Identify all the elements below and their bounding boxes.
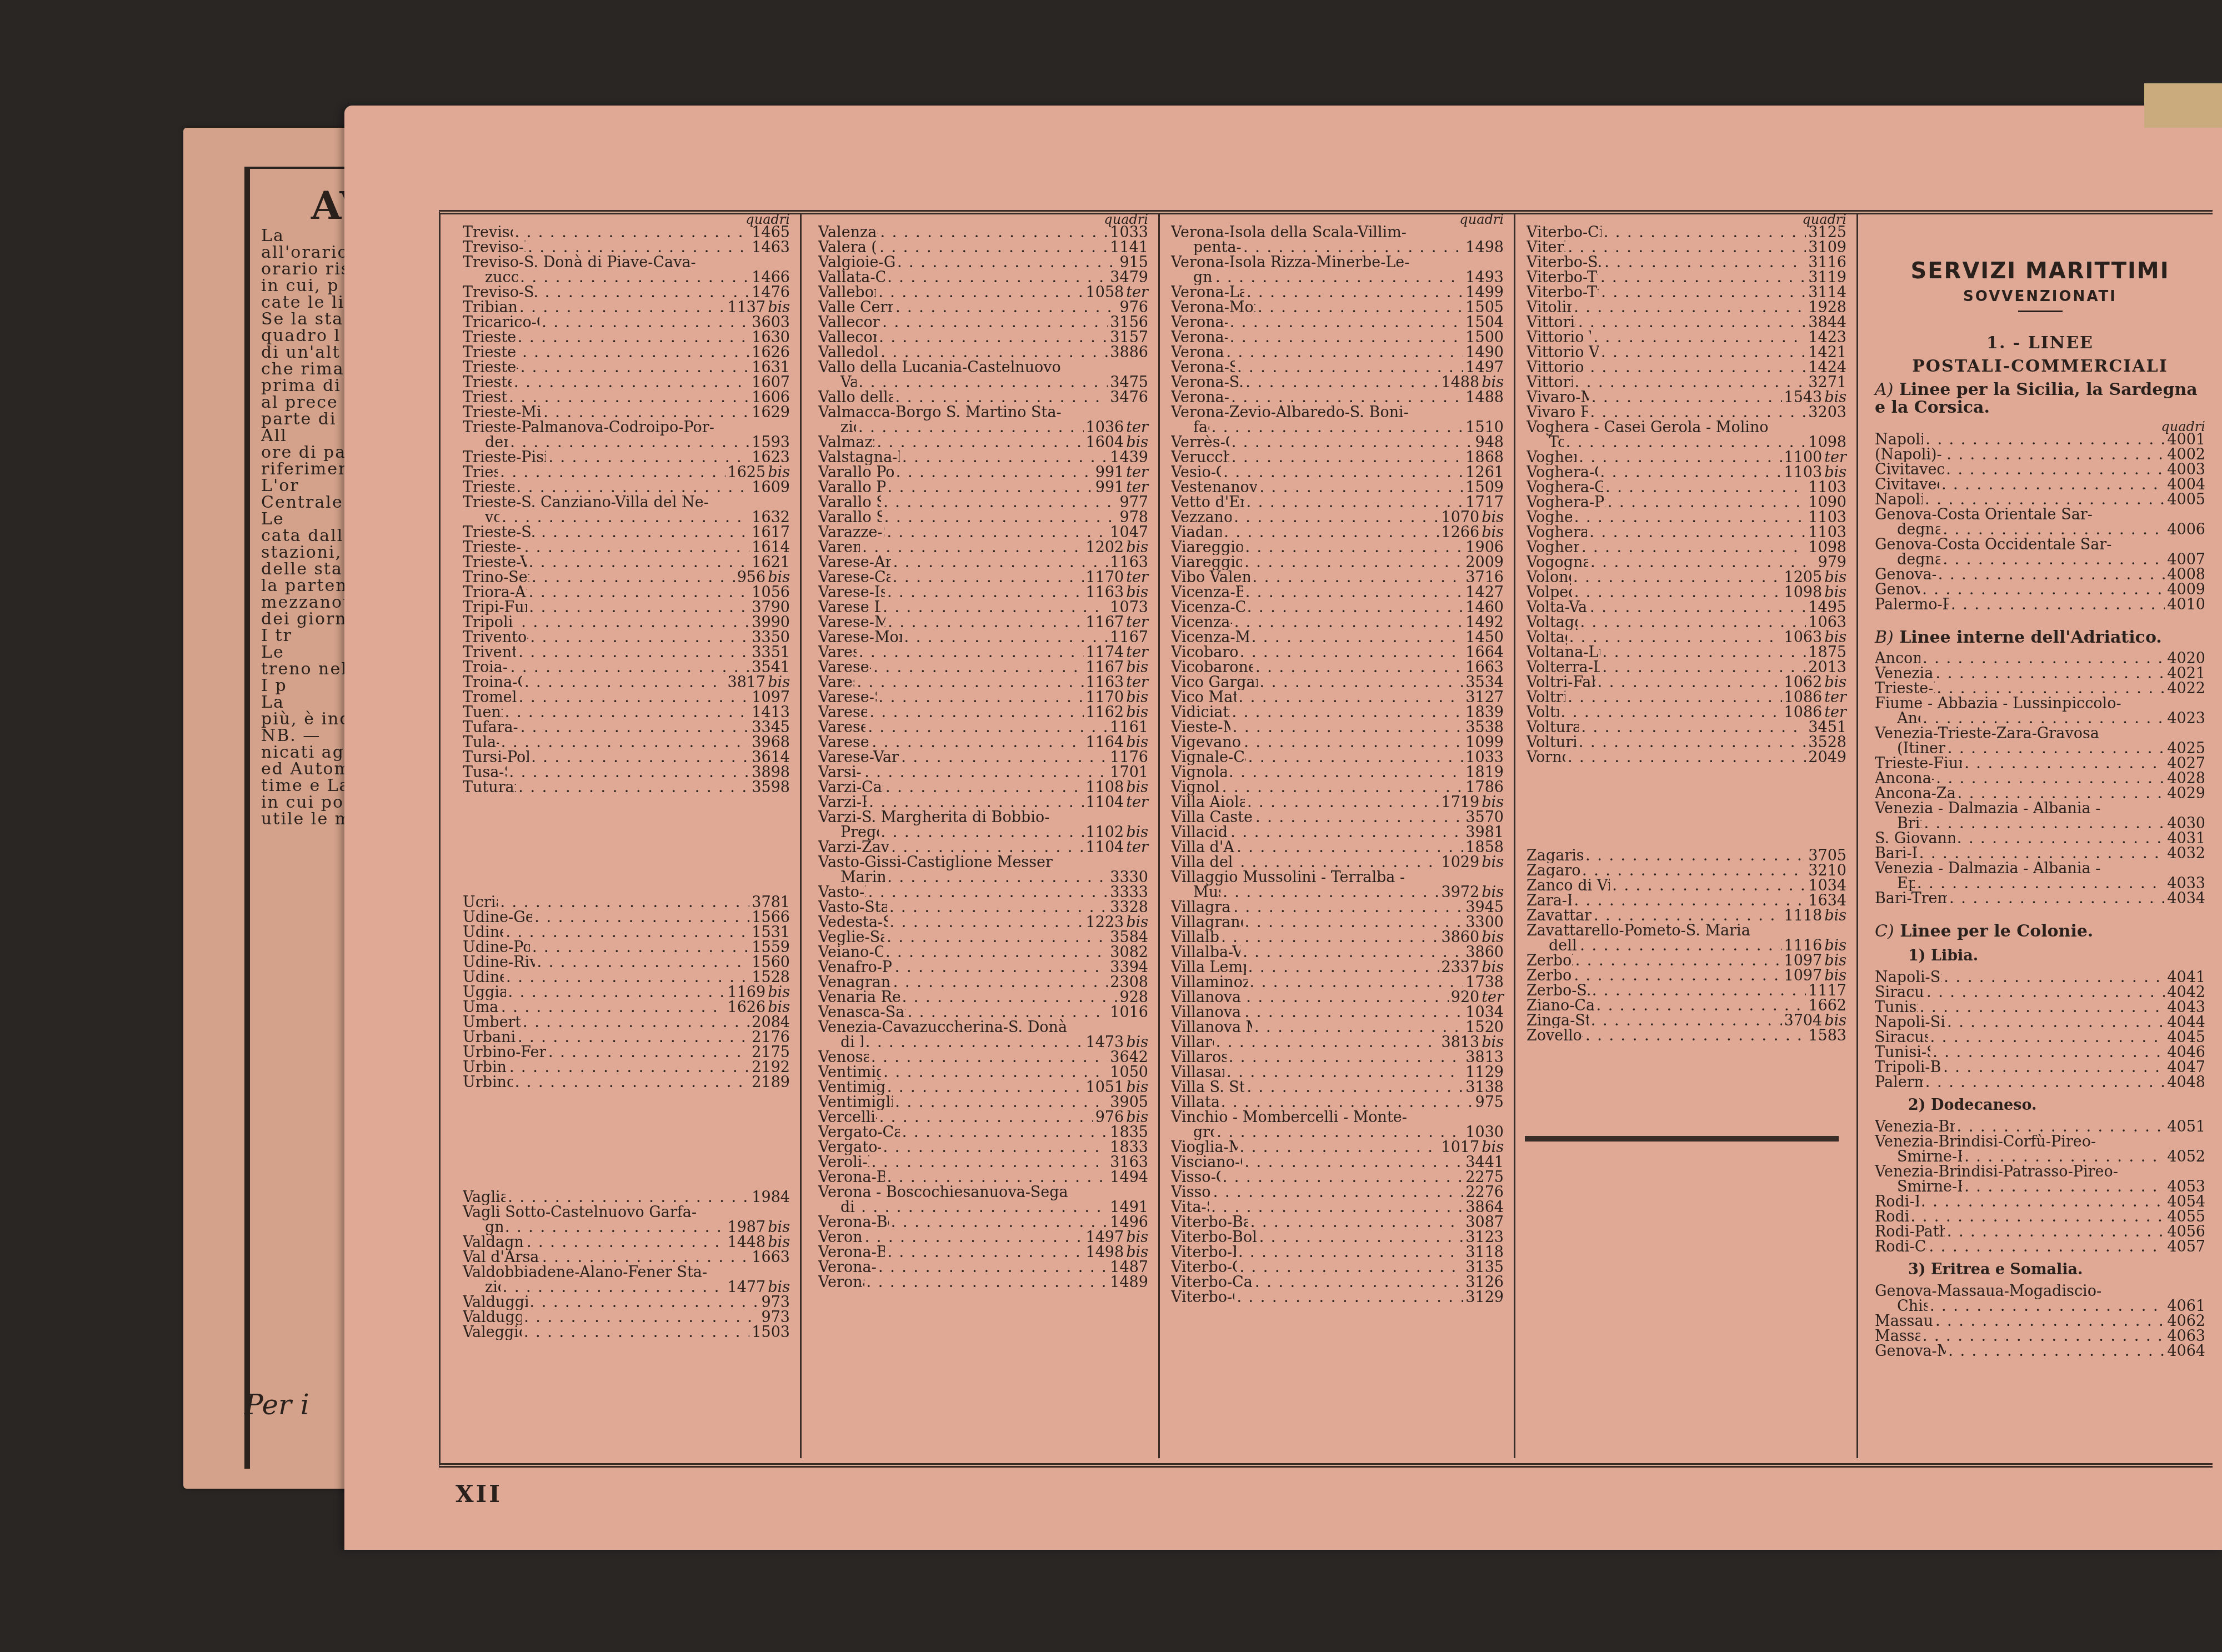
index-entry: Villa del Foro-Alessandria1029bis [1171,855,1504,870]
entry-name: Trieste-Miramare (Grignano) [463,405,541,420]
dot-leader [887,1170,1108,1185]
entry-name: Venezia-Cavazuccherina-S. Donà [818,1020,1148,1035]
table-number: 1906 [1465,540,1504,555]
dot-leader [1232,435,1473,450]
dot-leader [1930,1299,2165,1314]
table-number: 1488 [1465,390,1504,405]
table-number: 3300 [1465,915,1504,930]
entry-name-continuation: Marino-Agnone [840,870,885,885]
entry-list: Venezia-Brindisi-Rodi-Smirne4051Venezia-… [1875,1119,2205,1254]
dot-leader [887,930,1108,945]
index-entry: Valenza-Alessandria1033 [818,225,1148,240]
index-entry: Varese Ligure-Spezia1073 [818,600,1148,615]
table-number: 3328 [1110,900,1148,915]
index-entry: Valledolmo-Stazione3886 [818,345,1148,360]
entry-name: Vasto-Stazione-Spiaggia [818,900,887,915]
index-entry: Zagarolo-Stazione3210 [1527,863,1846,878]
dot-leader [1229,765,1463,780]
index-entry: Vallata-Conza-Andretta3479 [818,270,1148,285]
table-number: 3541 [752,660,790,675]
index-entry: Tunisi-Tripoli4043 [1875,1000,2205,1015]
dot-leader [859,645,1084,660]
entry-name: Treviso-S. Donà di Piave-Cava- [463,255,790,270]
index-entry: Genova-Tunisi4009 [1875,582,2205,597]
entry-name: Trieste-Aidussina [463,330,516,345]
index-entry: Bari-Tremiti-Manfredonia4034 [1875,891,2205,906]
table-number: 1450 [1465,630,1504,645]
index-entry: Volpedo-Voghera1098bis [1527,585,1846,600]
page-number: XII [456,1480,502,1508]
entry-name: Trieste (Autovie di) [463,345,520,360]
index-entry: Ancona-Zara-Fiume4028 [1875,771,2205,786]
table-number: 3598 [752,780,790,795]
table-number: 4009 [2167,582,2205,597]
dot-leader [1575,953,1782,968]
back-page-line: All [261,428,350,444]
dot-leader [1964,1179,2165,1194]
index-column-1: quadri Treviso-Meduna1465Treviso-Noale-P… [441,214,802,1458]
entry-name: Zara-Babindub [1527,893,1572,908]
entry-name: Vezzano Ligure-Spezia [1171,510,1232,525]
index-entry: Tromello-Mortara1097 [463,690,790,705]
table-number: 3968 [752,735,790,750]
dot-leader [862,540,1083,555]
entry-list: Ucria-Patti3781Udine-Gemona-Tolmezzo1566… [463,895,790,1090]
index-entry: Visso-Camerino2275 [1171,1170,1504,1185]
table-number: 1108bis [1086,780,1149,795]
entry-name: Massaua-Suez [1875,1329,1920,1344]
entry-name-continuation: di Ala [840,1200,859,1215]
entry-name: Villanova d'Asti-Piea-Asti [1171,1005,1243,1020]
entry-list: Valenza-Alessandria1033Valera (Fratta)-L… [818,225,1148,1290]
subsection-c-heading: C) Linee per le Colonie. [1875,923,2205,940]
index-column-4: quadri Viterbo-Civitella-Castiglione3125… [1515,214,1858,1458]
dot-leader [1598,675,1782,690]
index-entry: Valdobbiadene-Alano-Fener Sta-zione1477b… [463,1265,790,1295]
index-entry: Viterbo-Capodimonte-Farnese3126 [1171,1275,1504,1290]
dot-leader [1600,465,1782,480]
entry-continuation-line: della Versa1116bis [1527,938,1846,953]
dot-leader [1258,300,1463,315]
index-entry: (Napoli)- Palermo-Tunisi4002 [1875,447,2205,462]
table-number-suffix: ter [1126,839,1148,856]
table-number-value: 1663 [752,1249,790,1266]
index-entry: Veglie-Salice Salentino3584 [818,930,1148,945]
table-number: 3351 [752,645,790,660]
entry-name: Varzi-S. Margherita di Bobbio- [818,810,1148,825]
index-entry: Vasto-Gissi-Castiglione MesserMarino-Agn… [818,855,1148,885]
table-number: 1503 [752,1325,790,1340]
entry-name-continuation: Brindisi [1897,816,1921,831]
index-entry: Verona-Cà di David1487 [818,1260,1148,1275]
entry-name: Valledolmo-Stazione [818,345,878,360]
dot-leader [511,660,750,675]
index-entry: Vivaro-Maniago-Frisanco1543bis [1527,390,1846,405]
entry-name: Voltana-Lugo-S. Bernardino [1527,645,1600,660]
index-entry: Vagli Sotto-Castelnuovo Garfa-gnana1987b… [463,1205,790,1235]
table-number: 1063bis [1784,630,1847,645]
index-entry: Palermo-Tripoli4048 [1875,1075,2205,1090]
table-number-value: 1984 [752,1189,790,1206]
table-number: 956bis [737,570,790,585]
index-entry: Venezia - Dalmazia - Albania -Brindisi40… [1875,801,2205,831]
dot-leader [1593,330,1806,345]
entry-name: Trieste-Volosca-Fiume [463,555,527,570]
dot-leader [1923,1329,2165,1344]
index-entry: Verona-Isola della Scala-Villim-penta-Ca… [1171,225,1504,255]
entry-name: Viterbo-S. Martino al Cimino [1527,255,1602,270]
back-page-line: ed Autom [261,761,350,778]
entry-name: Verona - Boscochiesanuova-Sega [818,1185,1148,1200]
entry-name: Trieste-Fiume [463,390,507,405]
entry-name: Genova-Costa Orientale Sar- [1875,507,2205,522]
dot-leader [1612,878,1806,893]
index-entry: Udine-Grado1531 [463,925,790,940]
entry-name: Vittorio Veneto-Conegliano [1527,345,1599,360]
table-number: 1498bis [1086,1245,1149,1260]
table-number: 3479 [1110,270,1148,285]
table-number: 1103bis [1784,465,1847,480]
dot-leader [859,375,1108,390]
index-entry: Viareggio-Lucca-Abetone1906 [1171,540,1504,555]
entry-name: Trieste-Comeno [463,375,512,390]
back-page-line: stazioni, [261,544,350,561]
index-entry: Zanco di Villadeati-Castell'Alfero1034 [1527,878,1846,893]
entry-name: Villacidro-Oristano [1171,825,1228,840]
index-entry: Treviso-Noale-Padova1463 [463,240,790,255]
dot-leader [1590,600,1806,615]
entry-name: Varenna-Esino [818,540,860,555]
entry-name: Zerbolò-Garlasco [1527,953,1573,968]
table-number: 1499 [1465,285,1504,300]
dot-leader [521,360,750,375]
index-entry: Villa d'Aiano-Bologna1858 [1171,840,1504,855]
back-page-line: treno nel [261,661,350,678]
entry-name: Varallo Pombia-Borgomanero [818,465,894,480]
dot-leader [1590,555,1815,570]
table-number: 3475 [1110,375,1148,390]
table-number: 2176 [752,1030,790,1045]
table-number: 3860bis [1442,930,1504,945]
entry-list: Napoli-Palermo4001(Napoli)- Palermo-Tuni… [1875,432,2205,612]
dot-leader [530,1295,759,1310]
table-number: 1103 [1808,525,1846,540]
dot-leader [548,450,749,465]
table-number: 1634 [1808,893,1846,908]
index-entry: Villa Aiola-Parma-Reggio Em.1719bis [1171,795,1504,810]
entry-name: Trieste-S. Daniele del Carso [463,525,539,540]
table-number: 1423 [1808,330,1846,345]
back-page-line: delle sta [261,561,350,578]
index-entry: Voghera-Godiasco-S. Eusebio1103 [1527,480,1846,495]
index-entry: Varzi-Romagnese1104ter [818,795,1148,810]
table-number: 3813 [1465,1050,1504,1065]
table-number-value: 2189 [752,1074,790,1091]
index-entry: Villa Castelli-Francavilla Font.3570 [1171,810,1504,825]
entry-name: Genova-Massaua-Durban [1875,1344,1946,1359]
table-number: 1984 [752,1190,790,1205]
table-number: 977 [1119,495,1148,510]
dot-leader [1604,225,1806,240]
index-entry: Trieste-Comeno1607 [463,375,790,390]
index-entry: Viterbo-Orte3109 [1527,240,1846,255]
entry-name: Varese-Varano Borghi-Ternate [818,750,899,765]
entry-name: Valeggio-Villafranca [463,1325,522,1340]
dot-leader [519,300,725,315]
index-column-3: quadri Verona-Isola della Scala-Villim-p… [1160,214,1515,1458]
table-number: 4028 [2167,771,2205,786]
entry-name: Valduggia-Stazione [463,1310,522,1325]
dot-leader [1917,876,2165,891]
dot-leader [1248,960,1439,975]
dot-leader [522,345,749,360]
table-number: 1833 [1110,1140,1148,1155]
dot-leader [883,600,1108,615]
table-number: 1477bis [728,1280,790,1295]
dot-leader [1230,315,1464,330]
dot-leader [1573,570,1781,585]
dot-leader [1590,405,1806,420]
entry-name: Trieste-Pisino-Albona-S. Andrea [463,450,546,465]
dot-leader [879,240,1108,255]
index-entry: Valdagno-Castelvecchio1448bis [463,1235,790,1250]
table-number: 3864 [1465,1200,1504,1215]
back-page-line: orario ris [261,261,350,278]
dot-leader [1925,492,2165,507]
table-number: 920ter [1451,990,1504,1005]
entry-name: Venezia-Trieste-Zara-Gravosa [1875,726,2205,741]
index-entry: Val d'Arsa-Moschiena-Fiume1663 [463,1250,790,1265]
entry-name: Treviso-S. Michele del Quarto [463,285,543,300]
table-number: 1439 [1110,450,1148,465]
index-entry: Zerbo-S. Zenone-Pavia1117 [1527,983,1846,998]
entry-name: Viterbo-Canepina-Orte [1171,1260,1237,1275]
table-number-value: 1488 [1465,389,1504,406]
table-number: 4031 [2167,831,2205,846]
table-number: 1617 [752,525,790,540]
dot-leader [1248,750,1464,765]
index-entry: Varese-Valle Olona1164bis [818,735,1148,750]
index-entry: Voghera-Casteggio1100ter [1527,450,1846,465]
entry-name: Vallebona-Ventimiglia [818,285,876,300]
table-number: 1098 [1808,540,1846,555]
entry-name: Tricarico-Grassano Stazione [463,315,539,330]
table-number: 3135 [1465,1260,1504,1275]
table-number: 976 [1119,300,1148,315]
index-entry: Tribiano-Paullo-Lodi1137bis [463,300,790,315]
table-number: 3898 [752,765,790,780]
dot-leader [1949,891,2165,906]
entry-continuation-line: Chisimaio4061 [1875,1299,2205,1314]
table-number: 3945 [1465,900,1504,915]
entry-name: Villalba-Stazione [1171,930,1219,945]
dot-leader [1216,1035,1439,1050]
dot-leader [541,525,749,540]
entry-name: Veroli-Frosinone [818,1155,869,1170]
dot-leader [1223,885,1439,900]
index-entry: Ventimiglia-Perinaldo1050 [818,1065,1148,1080]
back-page-line: mezzanot [261,594,350,611]
table-number: 1036ter [1086,420,1148,435]
table-number: 1056 [752,585,790,600]
table-number: 3129 [1465,1290,1504,1305]
back-page-line: più, è ind [261,711,350,728]
entry-name: Tripoli (Autovie di) [463,615,519,630]
dot-leader [1601,285,1806,300]
section-heading: 1. - LINEE [1875,334,2205,352]
index-entry: Tula-Ozieri3968 [463,735,790,750]
index-entry: Verona-S. Giovanni Lupatoto1488bis [1171,375,1504,390]
index-entry: Vallo della Lucania-CastelnuovoVallo3475 [818,360,1148,390]
dot-leader [1227,1065,1463,1080]
back-page-text: AV Laall'orarioorario risin cui, pcate l… [261,183,350,828]
index-entry: Tripoli (Autovie di)3990 [463,615,790,630]
table-number: 1487 [1110,1260,1148,1275]
index-entry: Vignale-Casorzo-Moncalvo1033 [1171,750,1504,765]
dot-leader [1585,1028,1806,1043]
entry-name: Viterbo-Capodimonte-Farnese [1171,1275,1253,1290]
dot-leader [529,555,750,570]
dot-leader [890,915,1084,930]
dot-leader [1948,1344,2165,1359]
index-entry: Varzi-Casanova di Destra1108bis [818,780,1148,795]
index-entry: Rodi-Caso4055 [1875,1209,2205,1224]
entry-name: Urbino-Fermignano-S. Sepolcro [463,1045,546,1060]
dot-leader [1568,240,1806,255]
index-entry: Massaua-Chisimaio4062 [1875,1314,2205,1329]
back-page-line: Se la sta [261,311,350,328]
index-entry: Triora-Arma di Taggia1056 [463,585,790,600]
dot-leader [1936,666,2165,681]
index-entry: Varese-Isolabella-Arcisate1163bis [818,585,1148,600]
entry-continuation-line: Smirne-Rodi-Alessandria4052 [1875,1149,2205,1164]
table-number: 1141 [1110,240,1148,255]
table-number: 1868 [1465,450,1504,465]
dot-leader [864,765,1108,780]
index-entry: Vasto-Stazione-Spiaggia3328 [818,900,1148,915]
entry-name: Viareggio-Torre del Lago [1171,555,1242,570]
table-number: 1614 [752,540,790,555]
index-entry: Urbino-Rimini2192 [463,1060,790,1075]
table-number: 3126 [1465,1275,1504,1290]
index-entry: Vagliali Siena1984 [463,1190,790,1205]
entry-name: Valdagno-Castelvecchio [463,1235,524,1250]
index-entry: Genova-Massaua-Mogadiscio-Chisimaio4061 [1875,1284,2205,1314]
dot-leader [872,735,1084,750]
table-number: 4048 [2167,1075,2205,1090]
index-entry: Napoli-Cagliari4005 [1875,492,2205,507]
index-entry: Napoli-Siracusa-Bengasi4044 [1875,1015,2205,1030]
entry-name: Verona-Pescantina [1171,315,1228,330]
dot-leader [1260,675,1464,690]
dot-leader [1936,771,2165,786]
dodecaneso-heading: 2) Dodecaneso. [1875,1097,2205,1114]
table-number-value: 4029 [2167,785,2205,802]
dot-leader [1600,270,1806,285]
entry-name-continuation: zuccherina [485,270,518,285]
table-number: 1103 [1808,510,1846,525]
index-entry: Tursi-Policoro Stazione3614 [463,750,790,765]
index-entry: Verona-Lazise-Garda-Riva1499 [1171,285,1504,300]
index-entry: Varese-Rasa1163ter [818,675,1148,690]
index-entry: Trivento-Montefalcone3350 [463,630,790,645]
entry-name: Vestenanova-S.Giovanni Ilarione [1171,480,1257,495]
dot-leader [505,705,750,720]
table-number: 1500 [1465,330,1504,345]
dot-leader [880,345,1108,360]
dot-leader [1239,1260,1463,1275]
entry-name: Napoli-Siracusa-Tripoli [1875,970,1941,985]
entry-name: Vallo della Lucania-Laurito [818,390,893,405]
entry-continuation-line: di Piave1473bis [818,1035,1148,1050]
table-number: 2175 [752,1045,790,1060]
dot-leader [887,585,1084,600]
dot-leader [529,585,750,600]
entry-name-continuation: zione [840,420,856,435]
index-entry: Verrès-Champoluc948 [1171,435,1504,450]
table-number: 1176 [1110,750,1148,765]
table-number: 1073 [1110,600,1148,615]
dot-leader [1230,825,1463,840]
title-rule [2018,311,2063,312]
entry-name: Venezia-Brindisi-Corfù-Pireo- [1875,1134,2205,1149]
dot-leader [895,1095,1108,1110]
table-number: 1494 [1110,1170,1148,1185]
index-entry: Vittorio Veneto-Belluno1423 [1527,330,1846,345]
index-entry: Volturata-Avellino3451 [1527,720,1846,735]
entry-name: Rodi-Pathmos [1875,1194,1919,1209]
entry-name: Vittorito-Popoli [1527,375,1573,390]
entry-name: Vallecorsa-Frosinone [818,315,880,330]
dot-leader [883,1065,1108,1080]
entry-name: Troina-Cerami-Nicosia [463,675,522,690]
entry-name: Vercelli-Varallo Sesia [818,1110,877,1125]
dot-leader [1226,345,1463,360]
subsection-b-heading: B) Linee interne dell'Adriatico. [1875,629,2205,647]
entry-name: Ancona-Zara-Spalato-Lagosta [1875,786,1955,801]
index-entry: Viterbo-Canepina-Orte3135 [1171,1260,1504,1275]
libia-heading: 1) Libia. [1875,947,2205,964]
entry-name: Umbertide-Cortona [463,1015,521,1030]
entry-name: Tripi-Furnari Stazione [463,600,527,615]
table-number: 1223bis [1086,915,1149,930]
table-number: 1117 [1808,983,1846,998]
table-number: 3087 [1465,1215,1504,1230]
dot-leader [1603,645,1806,660]
entry-name: Rodi-Castelrosso [1875,1239,1927,1254]
table-number-value: 1118 [1784,907,1823,924]
index-entry: Vicenza-Breganze-Asiago1427 [1171,585,1504,600]
dot-leader [879,330,1108,345]
entry-list: Genova-Massaua-Mogadiscio-Chisimaio4061M… [1875,1284,2205,1359]
table-number: 1448bis [728,1235,790,1250]
entry-name: Tunisi-Tripoli [1875,1000,1918,1015]
table-number: 1162bis [1086,705,1149,720]
table-number: 2337bis [1442,960,1504,975]
index-entry: Varallo Pombia-Borgomanero991ter [818,465,1148,480]
table-number: 1625bis [728,465,790,480]
dot-leader [534,910,749,925]
entry-name: Venezia-Brindisi-Patrasso-Pireo- [1875,1164,2205,1179]
dot-leader [1247,285,1463,300]
index-entry: Varsi-Fornovo1701 [818,765,1148,780]
dot-leader [529,600,750,615]
dot-leader [895,960,1108,975]
entry-name-continuation: grosso [1193,1125,1214,1140]
entry-name: Venosa-Stazione [818,1050,869,1065]
table-number: 3156 [1110,315,1148,330]
dot-leader [881,825,1084,840]
